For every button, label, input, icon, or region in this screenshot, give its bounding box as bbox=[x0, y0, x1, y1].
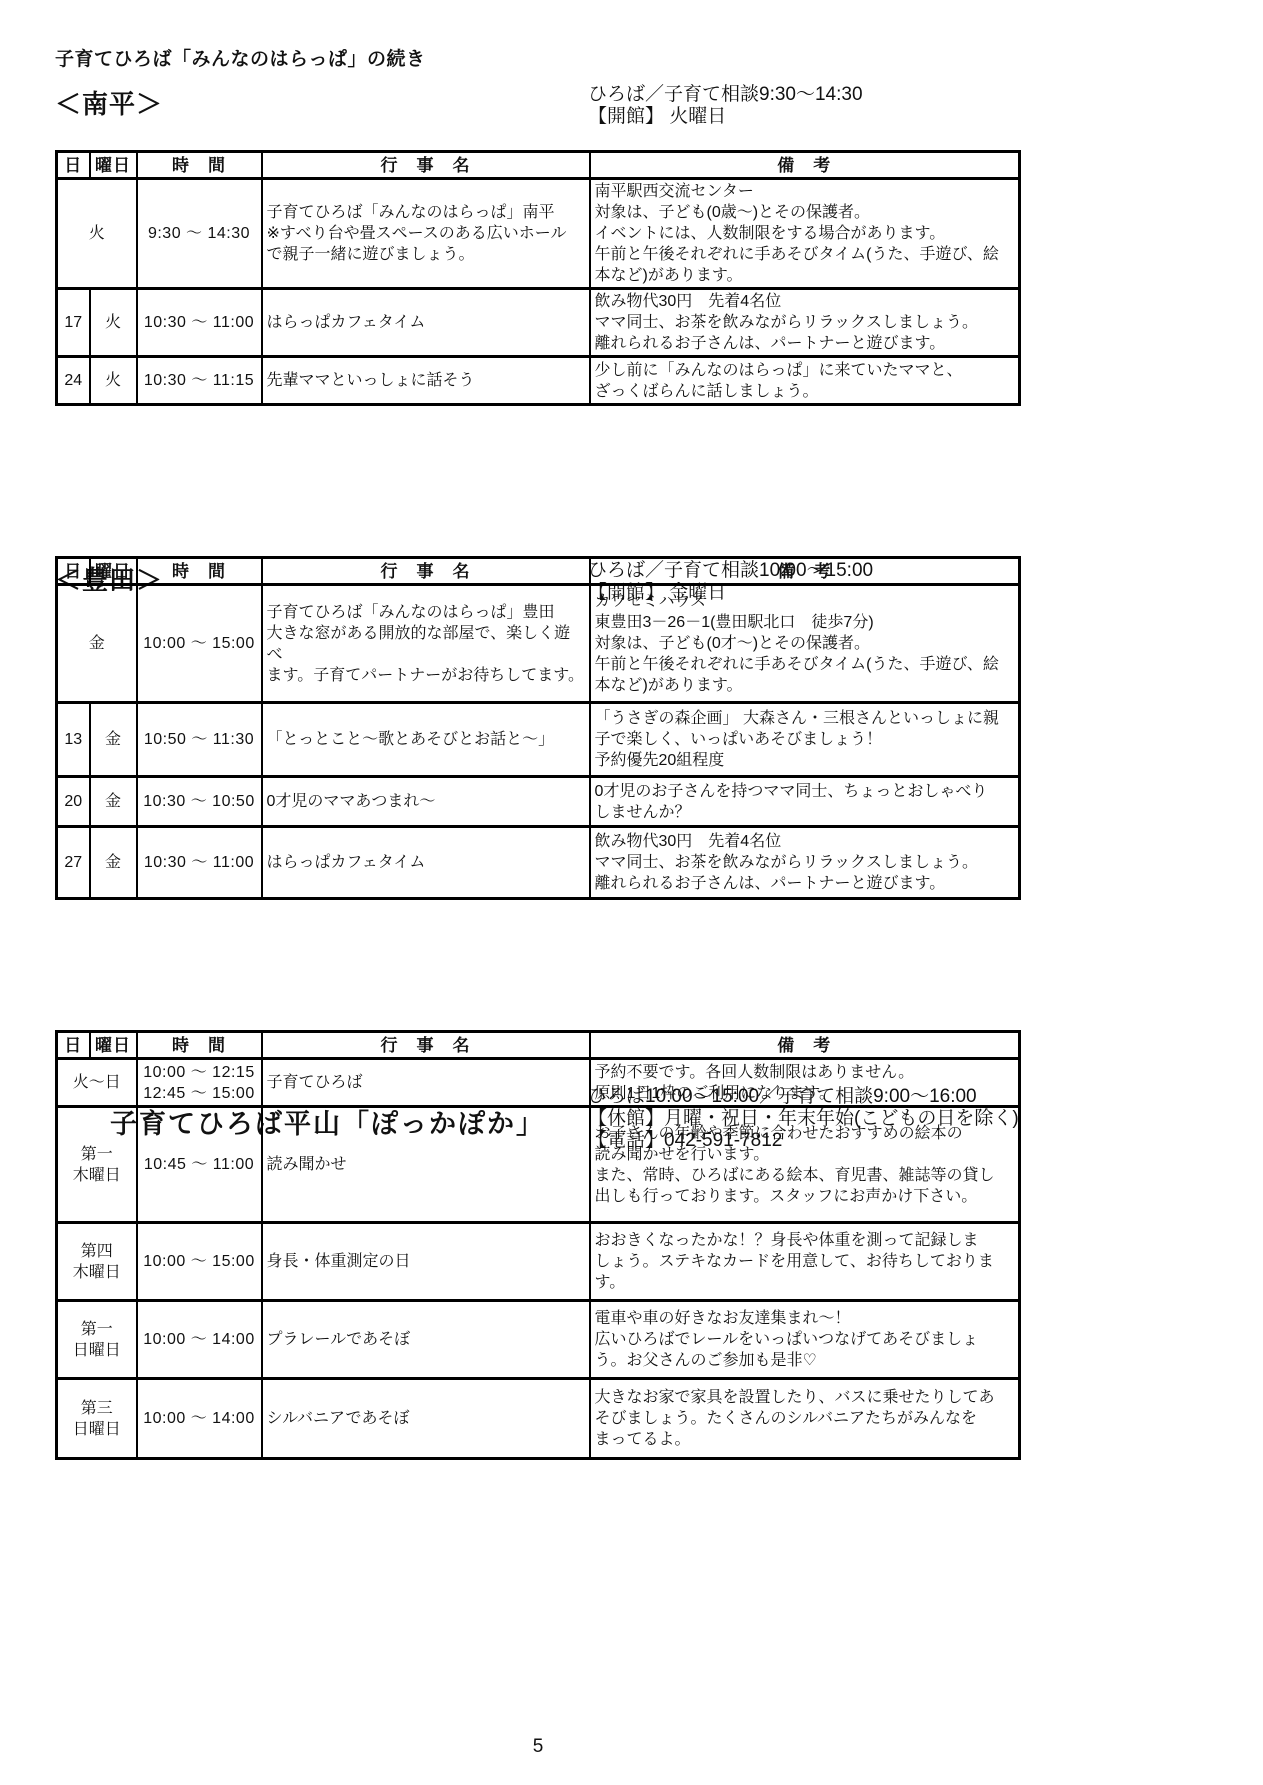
cell-time: 10:00 ～ 14:00 bbox=[137, 1301, 262, 1379]
cell-day-label: 火 bbox=[57, 179, 137, 289]
cell-time: 10:45 ～ 11:00 bbox=[137, 1107, 262, 1223]
cell-event: はらっぱカフェタイム bbox=[262, 289, 590, 357]
table-header-cell: 時 間 bbox=[137, 1032, 262, 1059]
cell-notes: おおきくなったかな！？身長や体重を測って記録しま しょう。ステキなカードを用意し… bbox=[590, 1223, 1020, 1301]
cell-event: 子育てひろば「みんなのはらっぱ」南平 ※すべり台や畳スペースのある広いホール で… bbox=[262, 179, 590, 289]
cell-weekday: 火 bbox=[90, 289, 137, 357]
cell-day: 27 bbox=[57, 827, 90, 899]
cell-time: 10:30 ～ 11:15 bbox=[137, 357, 262, 405]
cell-event: 読み聞かせ bbox=[262, 1107, 590, 1223]
cell-time: 10:30 ～ 11:00 bbox=[137, 827, 262, 899]
table-row: 第一 日曜日 10:00 ～ 14:00 プラレールであそぼ 電車や車の好きなお… bbox=[57, 1301, 1020, 1379]
cell-notes: お子さんの年齢や季節に合わせたおすすめの絵本の 読み聞かせを行います。 また、常… bbox=[590, 1107, 1020, 1223]
cell-day: 17 bbox=[57, 289, 90, 357]
cell-time: 10:50 ～ 11:30 bbox=[137, 703, 262, 777]
section-info-line: ひろば／子育て相談9:30～14:30 bbox=[588, 84, 1021, 106]
cell-event: シルバニアであそぼ bbox=[262, 1379, 590, 1459]
cell-day: 20 bbox=[57, 777, 90, 827]
cell-day: 13 bbox=[57, 703, 90, 777]
table-header-cell: 備 考 bbox=[590, 558, 1020, 585]
table-header-cell: 曜日 bbox=[90, 1032, 137, 1059]
table-header-cell: 行 事 名 bbox=[262, 558, 590, 585]
cell-event: 0才児のママあつまれ～ bbox=[262, 777, 590, 827]
cell-day-label: 火～日 bbox=[57, 1059, 137, 1107]
cell-notes: カワセミハウス 東豊田3－26－1(豊田駅北口 徒歩7分) 対象は、子ども(0才… bbox=[590, 585, 1020, 703]
cell-day-label: 金 bbox=[57, 585, 137, 703]
cell-time: 9:30 ～ 14:30 bbox=[137, 179, 262, 289]
table-row: 第四 木曜日 10:00 ～ 15:00 身長・体重測定の日 おおきくなったかな… bbox=[57, 1223, 1020, 1301]
table-row: 20 金 10:30 ～ 10:50 0才児のママあつまれ～ 0才児のお子さんを… bbox=[57, 777, 1020, 827]
cell-notes: 南平駅西交流センター 対象は、子ども(0歳～)とその保護者。 イベントには、人数… bbox=[590, 179, 1020, 289]
cell-event: プラレールであそぼ bbox=[262, 1301, 590, 1379]
cell-weekday: 火 bbox=[90, 357, 137, 405]
table-header-cell: 曜日 bbox=[90, 152, 137, 179]
cell-time: 10:00 ～ 15:00 bbox=[137, 1223, 262, 1301]
section-title: ＜南平＞ bbox=[55, 84, 163, 121]
table-header-cell: 行 事 名 bbox=[262, 152, 590, 179]
table-header-cell: 日 bbox=[57, 152, 90, 179]
cell-day-label: 第一 木曜日 bbox=[57, 1107, 137, 1223]
table-row: 第一 木曜日 10:45 ～ 11:00 読み聞かせ お子さんの年齢や季節に合わ… bbox=[57, 1107, 1020, 1223]
section-info: ひろば／子育て相談9:30～14:30 【開館】 火曜日 bbox=[588, 84, 1021, 128]
table-header-cell: 備 考 bbox=[590, 152, 1020, 179]
table-header-cell: 曜日 bbox=[90, 558, 137, 585]
continuation-note: 子育てひろば「みんなのはらっぱ」の続き bbox=[55, 44, 1021, 71]
cell-time: 10:00 ～ 15:00 bbox=[137, 585, 262, 703]
cell-weekday: 金 bbox=[90, 703, 137, 777]
events-table-toyoda: 日 曜日 時 間 行 事 名 備 考 金 10:00 ～ 15:00 子育てひろ… bbox=[55, 556, 1021, 900]
cell-day: 24 bbox=[57, 357, 90, 405]
cell-notes: 0才児のお子さんを持つママ同士、ちょっとおしゃべり しませんか？ bbox=[590, 777, 1020, 827]
cell-weekday: 金 bbox=[90, 827, 137, 899]
cell-notes: 飲み物代30円 先着4名位 ママ同士、お茶を飲みながらリラックスしましょう。 離… bbox=[590, 827, 1020, 899]
document-page: 子育てひろば「みんなのはらっぱ」の続き ＜南平＞ ひろば／子育て相談9:30～1… bbox=[0, 0, 1263, 1785]
cell-notes: 電車や車の好きなお友達集まれ～！ 広いひろばでレールをいっぱいつなげてあそびまし… bbox=[590, 1301, 1020, 1379]
table-row: 火～日 10:00 ～ 12:15 12:45 ～ 15:00 子育てひろば 予… bbox=[57, 1059, 1020, 1107]
cell-time: 10:30 ～ 11:00 bbox=[137, 289, 262, 357]
table-row: 火 9:30 ～ 14:30 子育てひろば「みんなのはらっぱ」南平 ※すべり台や… bbox=[57, 179, 1020, 289]
cell-weekday: 金 bbox=[90, 777, 137, 827]
table-header-row: 日 曜日 時 間 行 事 名 備 考 bbox=[57, 1032, 1020, 1059]
table-header-cell: 日 bbox=[57, 1032, 90, 1059]
cell-notes: 「うさぎの森企画」 大森さん・三根さんといっしょに親 子で楽しく、いっぱいあそび… bbox=[590, 703, 1020, 777]
cell-time: 10:30 ～ 10:50 bbox=[137, 777, 262, 827]
table-row: 17 火 10:30 ～ 11:00 はらっぱカフェタイム 飲み物代30円 先着… bbox=[57, 289, 1020, 357]
cell-event: 身長・体重測定の日 bbox=[262, 1223, 590, 1301]
table-row: 13 金 10:50 ～ 11:30 「とっとこと～歌とあそびとお話と～」 「う… bbox=[57, 703, 1020, 777]
table-row: 第三 日曜日 10:00 ～ 14:00 シルバニアであそぼ 大きなお家で家具を… bbox=[57, 1379, 1020, 1459]
cell-time: 10:00 ～ 12:15 12:45 ～ 15:00 bbox=[137, 1059, 262, 1107]
table-header-cell: 行 事 名 bbox=[262, 1032, 590, 1059]
table-header-cell: 時 間 bbox=[137, 558, 262, 585]
cell-event: 「とっとこと～歌とあそびとお話と～」 bbox=[262, 703, 590, 777]
cell-day-label: 第一 日曜日 bbox=[57, 1301, 137, 1379]
cell-notes: 少し前に「みんなのはらっぱ」に来ていたママと、 ざっくばらんに話しましょう。 bbox=[590, 357, 1020, 405]
section-head-nanpei: ＜南平＞ ひろば／子育て相談9:30～14:30 【開館】 火曜日 bbox=[55, 84, 1021, 154]
cell-time: 10:00 ～ 14:00 bbox=[137, 1379, 262, 1459]
table-row: 24 火 10:30 ～ 11:15 先輩ママといっしょに話そう 少し前に「みん… bbox=[57, 357, 1020, 405]
page-number: 5 bbox=[55, 1736, 1021, 1758]
cell-day-label: 第三 日曜日 bbox=[57, 1379, 137, 1459]
cell-notes: 飲み物代30円 先着4名位 ママ同士、お茶を飲みながらリラックスしましょう。 離… bbox=[590, 289, 1020, 357]
cell-event: はらっぱカフェタイム bbox=[262, 827, 590, 899]
cell-day-label: 第四 木曜日 bbox=[57, 1223, 137, 1301]
cell-event: 先輩ママといっしょに話そう bbox=[262, 357, 590, 405]
table-header-cell: 日 bbox=[57, 558, 90, 585]
events-table-nanpei: 日 曜日 時 間 行 事 名 備 考 火 9:30 ～ 14:30 子育てひろば… bbox=[55, 150, 1021, 406]
table-row: 金 10:00 ～ 15:00 子育てひろば「みんなのはらっぱ」豊田 大きな窓が… bbox=[57, 585, 1020, 703]
table-row: 27 金 10:30 ～ 11:00 はらっぱカフェタイム 飲み物代30円 先着… bbox=[57, 827, 1020, 899]
cell-notes: 大きなお家で家具を設置したり、バスに乗せたりしてあ そびましょう。たくさんのシル… bbox=[590, 1379, 1020, 1459]
section-info-line: 【開館】 火曜日 bbox=[588, 106, 1021, 128]
cell-notes: 予約不要です。各回人数制限はありません。 原則1日1枠のご利用になります。 bbox=[590, 1059, 1020, 1107]
table-header-row: 日 曜日 時 間 行 事 名 備 考 bbox=[57, 152, 1020, 179]
table-header-cell: 備 考 bbox=[590, 1032, 1020, 1059]
events-table-hirayama: 日 曜日 時 間 行 事 名 備 考 火～日 10:00 ～ 12:15 12:… bbox=[55, 1030, 1021, 1460]
table-header-row: 日 曜日 時 間 行 事 名 備 考 bbox=[57, 558, 1020, 585]
cell-event: 子育てひろば bbox=[262, 1059, 590, 1107]
table-header-cell: 時 間 bbox=[137, 152, 262, 179]
cell-event: 子育てひろば「みんなのはらっぱ」豊田 大きな窓がある開放的な部屋で、楽しく遊べ … bbox=[262, 585, 590, 703]
